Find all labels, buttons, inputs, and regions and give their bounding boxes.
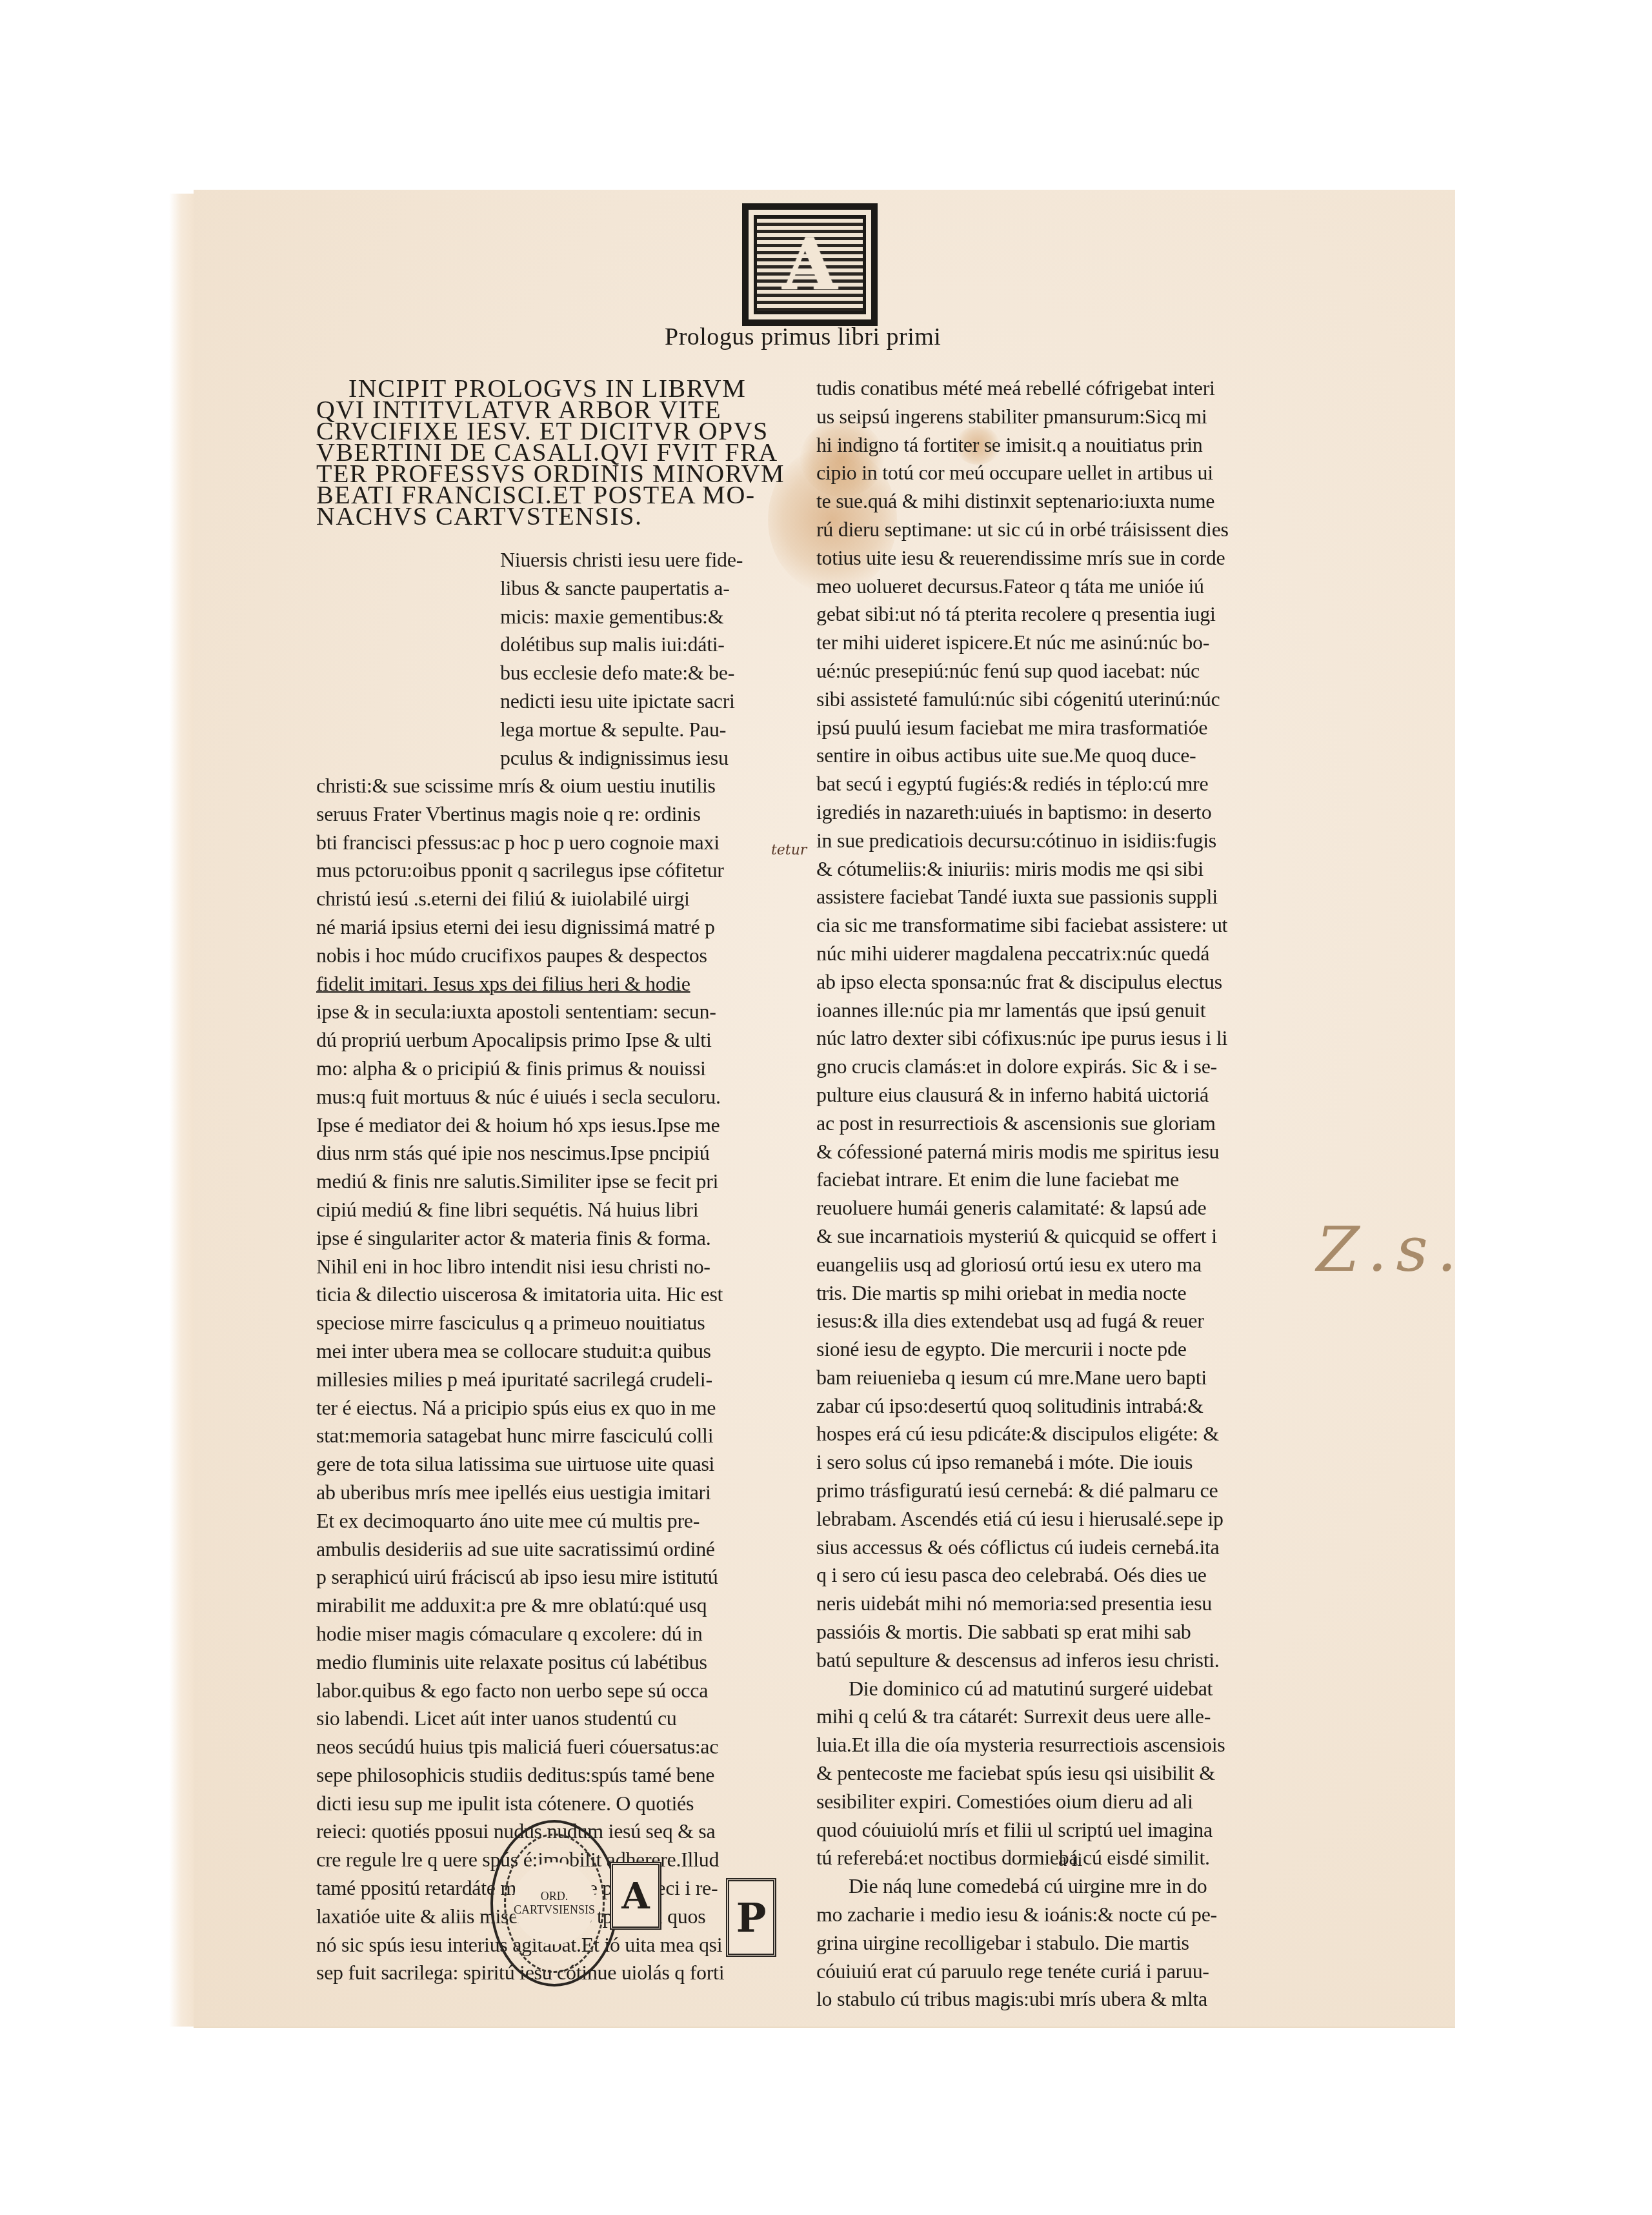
text-line: tudis conatibus mété meá rebellé cófrige… <box>816 374 1274 403</box>
text-line: mediú & finis nre salutis.Similiter ipse… <box>316 1168 768 1196</box>
text-line: Niuersis christi iesu uere fide- <box>500 546 771 574</box>
woodcut-letter: A <box>782 229 837 300</box>
text-line: sepe philosophicis studiis deditus:spús … <box>316 1761 768 1790</box>
text-line: ioannes ille:núc pia mr lamentás que ips… <box>816 996 1274 1025</box>
text-line: & pentecoste me faciebat spús iesu qsi u… <box>816 1759 1274 1788</box>
text-line: Nihil eni in hoc libro intendit nisi ies… <box>316 1253 768 1281</box>
text-line: ipse é singulariter actor & materia fini… <box>316 1224 768 1253</box>
text-line: p seraphicú uirú fráciscú ab ipso iesu m… <box>316 1563 768 1592</box>
text-line: cipio in totú cor meú occupare uellet in… <box>816 459 1274 487</box>
text-line: igrediés in nazareth:uiués in baptismo: … <box>816 798 1274 827</box>
text-line: grina uirgine recolligebar i stabulo. Di… <box>816 1929 1274 1957</box>
text-line-underlined: fidelit imitari. Iesus xps dei filius he… <box>316 970 768 998</box>
text-line: tris. Die martis sp mihi oriebat in medi… <box>816 1279 1274 1308</box>
text-line: né mariá ipsius eterni dei iesu dignissi… <box>316 913 768 942</box>
text-line: hodie miser magis cómaculare q excolere:… <box>316 1620 768 1648</box>
text-line: mo zacharie i medio iesu & ioánis:& noct… <box>816 1901 1274 1929</box>
text-line: reuoluere humái generis calamitaté: & la… <box>816 1194 1274 1222</box>
text-line: sioné iesu de egypto. Die mercurii i noc… <box>816 1335 1274 1364</box>
text-line: núc mihi uiderer magdalena peccatrix:núc… <box>816 940 1274 968</box>
text-line: Die dominico cú ad matutinú surgeré uide… <box>816 1675 1274 1703</box>
text-line: christú iesú .s.eterni dei filiú & iuiol… <box>316 885 768 913</box>
text-line: seruus Frater Vbertinus magis noie q re:… <box>316 800 768 829</box>
text-line: lebrabam. Ascendés etiá cú iesu i hierus… <box>816 1505 1274 1533</box>
text-line: sesibiliter expiri. Comestióes oium dier… <box>816 1788 1274 1816</box>
text-line: ambulis desideriis ad sue uite sacratiss… <box>316 1535 768 1564</box>
text-line: sio labendi. Licet aút inter uanos stude… <box>316 1704 768 1733</box>
text-line: totius uite iesu & reuerendissime mrís s… <box>816 544 1274 572</box>
text-line: mus pctoru:oibus pponit q sacrilegus ips… <box>316 856 768 885</box>
text-line: rú dieru septimane: ut sic cú in orbé tr… <box>816 516 1274 544</box>
text-line: mo: alpha & o pricipiú & finis primus & … <box>316 1055 768 1083</box>
text-line: cóuiuiú erat cú paruulo rege tenéte curi… <box>816 1957 1274 1986</box>
text-line: batú sepulture & descensus ad inferos ie… <box>816 1646 1274 1675</box>
text-line: & cótumeliis:& iniuriis: miris modis me … <box>816 855 1274 884</box>
stamp-text: ORD. CARTVSIENSIS <box>506 1890 603 1917</box>
left-column-body: christi:& sue scissime mrís & oium uesti… <box>316 772 768 1987</box>
printer-mark-a: A <box>610 1862 661 1930</box>
text-line: stat:memoria satagebat hunc mirre fascic… <box>316 1422 768 1450</box>
text-line: assistere faciebat Tandé iuxta sue passi… <box>816 883 1274 911</box>
signature-mark: a ii <box>1058 1849 1083 1871</box>
text-line: ab uberibus mrís mee ipellés eius uestig… <box>316 1479 768 1507</box>
text-line: quod cóuiuiolú mrís et filii ul scriptú … <box>816 1816 1274 1845</box>
printer-mark-p: P <box>726 1878 776 1957</box>
text-line: dicti iesu sup me ipulit ista cótenere. … <box>316 1790 768 1818</box>
text-line: te sue.quá & mihi distinxit septenario:i… <box>816 487 1274 516</box>
text-line: neris uidebát mihi nó memoria:sed presen… <box>816 1590 1274 1618</box>
text-line: bat secú i egyptú fugiés:& rediés in tép… <box>816 770 1274 798</box>
text-line: euangeliis usq ad gloriosú ortú iesu ex … <box>816 1251 1274 1279</box>
text-line: ipsú puulú iesum faciebat me mira trasfo… <box>816 714 1274 742</box>
text-line: faciebat intrare. Et enim die lune facie… <box>816 1166 1274 1194</box>
text-line: bti francisci pfessus:ac p hoc p uero co… <box>316 829 768 857</box>
left-column-indented: Niuersis christi iesu uere fide- libus &… <box>500 546 771 772</box>
text-line: dolétibus sup malis iui:dáti- <box>500 631 771 659</box>
left-column-heading: INCIPIT PROLOGVS IN LIBRVM QVI INTITVLAT… <box>316 378 768 527</box>
text-line: gebat sibi:ut nó tá pterita recolere q p… <box>816 600 1274 629</box>
text-line: cia sic me transformatime sibi faciebat … <box>816 911 1274 940</box>
text-line: ac post in resurrectiois & ascensionis s… <box>816 1109 1274 1138</box>
text-line: cipiú mediú & fine libri sequétis. Ná hu… <box>316 1196 768 1224</box>
text-line: luia.Et illa die oía mysteria resurrecti… <box>816 1731 1274 1759</box>
text-line: sentire in oibus actibus uite sue.Me quo… <box>816 742 1274 770</box>
text-line: primo trásfiguratú iesú cernebá: & dié p… <box>816 1477 1274 1505</box>
text-line: sius accessus & oés cóflictus cú iudeis … <box>816 1533 1274 1562</box>
text-line: sibi assisteté famulú:núc sibi cógenitú … <box>816 685 1274 714</box>
text-line: medio fluminis uite relaxate positus cú … <box>316 1648 768 1677</box>
text-line: tú referebá:et noctibus dormiebá cú eisd… <box>816 1844 1274 1872</box>
text-line: zabar cú ipso:desertú quoq solitudinis i… <box>816 1392 1274 1421</box>
text-line: ter é eiectus. Ná a pricipio spús eius e… <box>316 1394 768 1422</box>
text-line: in sue predicatiois decursu:cótinuo in i… <box>816 827 1274 855</box>
text-line: libus & sancte paupertatis a- <box>500 574 771 603</box>
running-head: Prologus primus libri primi <box>665 323 941 351</box>
woodcut-initial-top: A <box>742 203 878 326</box>
text-line: ué:núc presepiú:núc fenú sup quod iaceba… <box>816 657 1274 685</box>
text-line: Ipse é mediator dei & hoium hó xps iesus… <box>316 1111 768 1140</box>
text-line: bam reiuenieba q iesum cú mre.Mane uero … <box>816 1364 1274 1392</box>
text-line: nobis i hoc múdo crucifixos paupes & des… <box>316 942 768 970</box>
text-line: ticia & dilectio uiscerosa & imitatoria … <box>316 1280 768 1309</box>
text-line: mus:q fuit mortuus & núc é uiués i secla… <box>316 1083 768 1111</box>
text-line: ter mihi uideret ispicere.Et núc me asin… <box>816 629 1274 657</box>
text-line: & sue incarnatiois mysteriú & quicquid s… <box>816 1222 1274 1251</box>
text-line: neos secúdú huius tpis maliciá fueri cóu… <box>316 1733 768 1761</box>
text-line: meo uolueret decursus.Fateor q táta me u… <box>816 572 1274 601</box>
text-line: pculus & indignissimus iesu <box>500 744 771 773</box>
text-line: q i sero cú iesu pasca deo celebrabá. Oé… <box>816 1561 1274 1590</box>
text-line: mirabilit me adduxit:a pre & mre oblatú:… <box>316 1592 768 1620</box>
text-line: lo stabulo cú tribus magis:ubi mrís uber… <box>816 1985 1274 2014</box>
text-line: i sero solus cú ipso remanebá i móte. Di… <box>816 1448 1274 1477</box>
margin-annotation: tetur <box>771 842 807 858</box>
text-line: núc latro dexter sibi cófixus:núc ipe pu… <box>816 1024 1274 1053</box>
text-line: & cófessioné paterná miris modis me spir… <box>816 1138 1274 1166</box>
text-line: iesus:& illa dies extendebat usq ad fugá… <box>816 1307 1274 1335</box>
text-line: nedicti iesu uite ipictate sacri <box>500 687 771 716</box>
text-line: micis: maxie gementibus:& <box>500 603 771 631</box>
text-line: hi indigno tá fortiter se imisit.q a nou… <box>816 431 1274 460</box>
text-line: Die náq lune comedebá cú uirgine mre in … <box>816 1872 1274 1901</box>
text-line: us seipsú ingerens stabiliter pmansurum:… <box>816 403 1274 431</box>
text-line: ipse & in secula:iuxta apostoli sententi… <box>316 998 768 1026</box>
right-column-body: tudis conatibus mété meá rebellé cófrige… <box>816 374 1274 2014</box>
text-line: passióis & mortis. Die sabbati sp erat m… <box>816 1618 1274 1646</box>
mark-letter-p: P <box>736 1894 767 1941</box>
text-line: hospes erá cú iesu pdicáte:& discipulos … <box>816 1420 1274 1448</box>
text-line: lega mortue & sepulte. Pau- <box>500 716 771 744</box>
text-line: pulture eius clausurá & in inferno habit… <box>816 1081 1274 1109</box>
text-line: Et ex decimoquarto áno uite mee cú multi… <box>316 1507 768 1535</box>
text-line: dú propriú uerbum Apocalipsis primo Ipse… <box>316 1026 768 1055</box>
handwritten-note: Z.s. <box>1316 1213 1466 1286</box>
text-line: dius nrm stás qué ipie nos nescimus.Ipse… <box>316 1139 768 1168</box>
text-line: gere de tota silua latissima sue uirtuos… <box>316 1450 768 1479</box>
text-line: bus ecclesie defo mate:& be- <box>500 659 771 687</box>
mark-letter-a: A <box>621 1875 649 1917</box>
text-line: gno crucis clamás:et in dolore expirás. … <box>816 1053 1274 1081</box>
text-line: speciose mirre fasciculus q a primeuo no… <box>316 1309 768 1337</box>
text-line: millesies milies p meá ipuritaté sacrile… <box>316 1366 768 1394</box>
text-line: mei inter ubera mea se collocare studuit… <box>316 1337 768 1366</box>
text-line: christi:& sue scissime mrís & oium uesti… <box>316 772 768 800</box>
library-stamp: ORD. CARTVSIENSIS <box>490 1820 618 1987</box>
text-line: labor.quibus & ego facto non uerbo sepe … <box>316 1677 768 1705</box>
text-line: ab ipso electa sponsa:núc frat & discipu… <box>816 968 1274 996</box>
text-line: mihi q celú & tra cátarét: Surrexit deus… <box>816 1703 1274 1731</box>
